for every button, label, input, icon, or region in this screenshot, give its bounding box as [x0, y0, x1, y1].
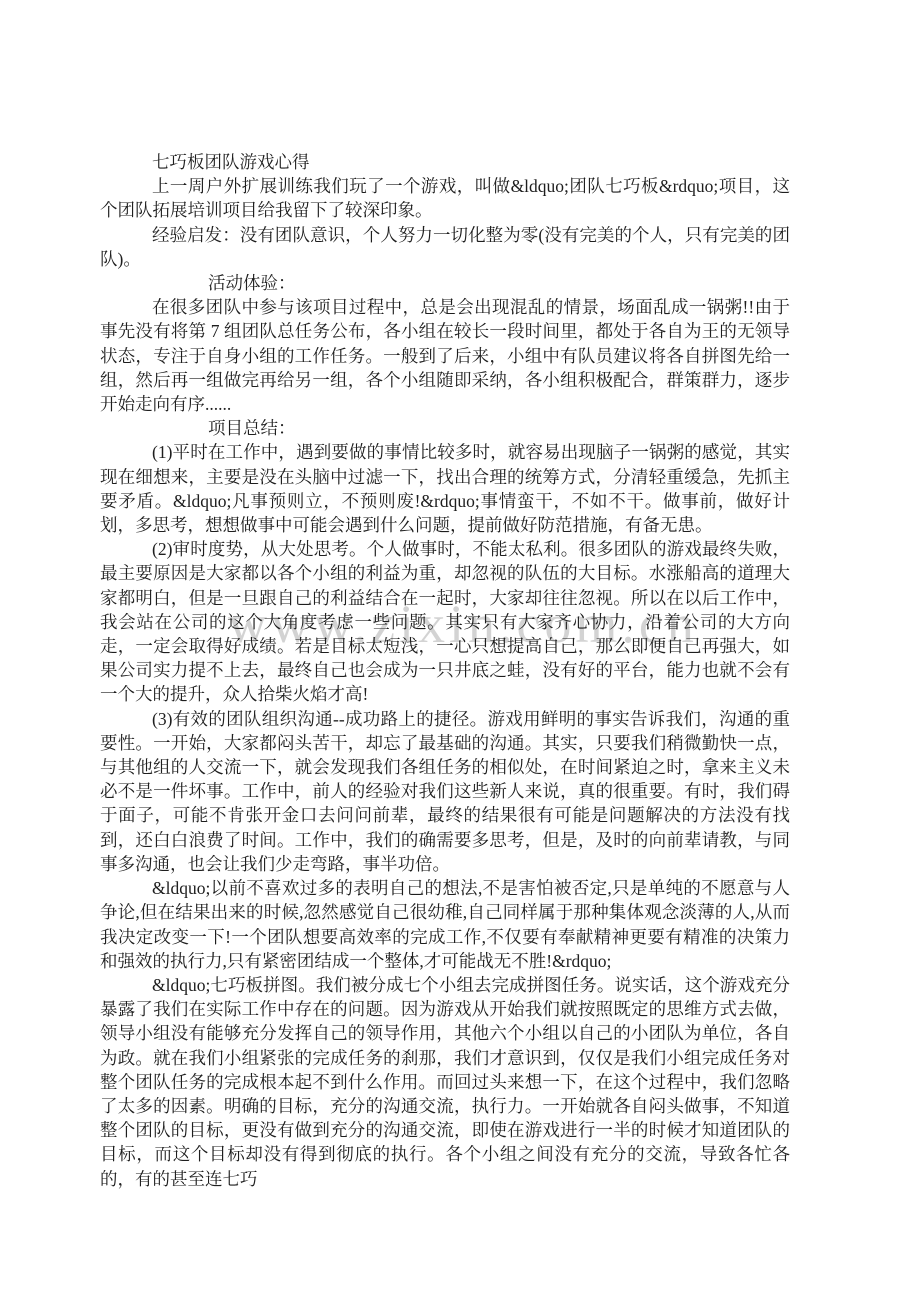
- document-body: 七巧板团队游戏心得上一周户外扩展训练我们玩了一个游戏，叫做&ldquo;团队七巧…: [100, 150, 790, 1191]
- paragraph: 上一周户外扩展训练我们玩了一个游戏，叫做&ldquo;团队七巧板&rdquo;项…: [100, 174, 790, 222]
- document-page: www.zixin.com.cn 七巧板团队游戏心得上一周户外扩展训练我们玩了一…: [0, 0, 920, 1302]
- paragraph: &ldquo;以前不喜欢过多的表明自己的想法,不是害怕被否定,只是单纯的不愿意与…: [100, 876, 790, 973]
- paragraph: (3)有效的团队组织沟通--成功路上的捷径。游戏用鲜明的事实告诉我们，沟通的重要…: [100, 707, 790, 876]
- section-header-line: 项目总结：: [100, 416, 790, 440]
- paragraph: &ldquo;七巧板拼图。我们被分成七个小组去完成拼图任务。说实话，这个游戏充分…: [100, 973, 790, 1191]
- paragraph: 经验启发：没有团队意识，个人努力一切化整为零(没有完美的个人，只有完美的团队)。: [100, 223, 790, 271]
- paragraph: 在很多团队中参与该项目过程中，总是会出现混乱的情景，场面乱成一锅粥!!由于事先没…: [100, 295, 790, 416]
- paragraph: 七巧板团队游戏心得: [100, 150, 790, 174]
- paragraph: (1)平时在工作中，遇到要做的事情比较多时，就容易出现脑子一锅粥的感觉，其实现在…: [100, 440, 790, 537]
- section-header-line: 活动体验：: [100, 271, 790, 295]
- paragraph: (2)审时度势，从大处思考。个人做事时，不能太私利。很多团队的游戏最终失败，最主…: [100, 537, 790, 706]
